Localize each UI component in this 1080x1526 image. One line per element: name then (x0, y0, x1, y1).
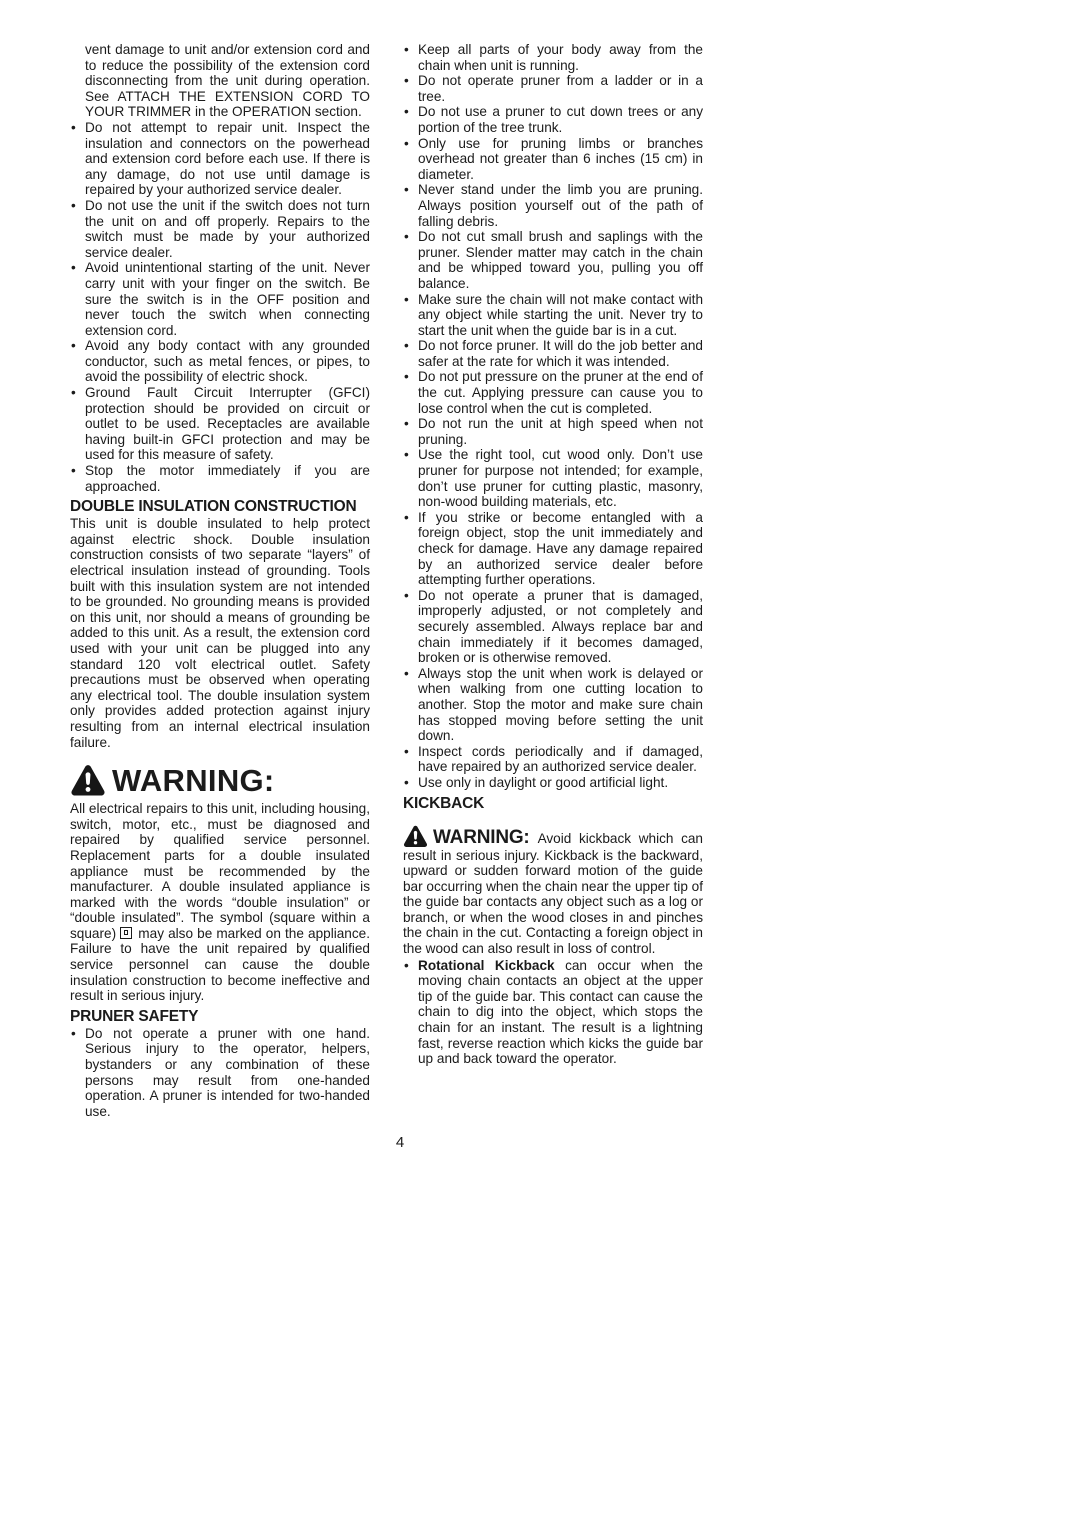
bullet-text: Do not operate a pruner that is damaged,… (418, 588, 703, 665)
list-item: Use only in daylight or good artificial … (403, 775, 703, 791)
list-item: Keep all parts of your body away from th… (403, 42, 703, 73)
bullet-dot-icon (71, 198, 76, 214)
bullet-text: Do not run the unit at high speed when n… (418, 416, 703, 447)
list-item: Always stop the unit when work is delaye… (403, 666, 703, 744)
bullet-dot-icon (404, 588, 409, 604)
bullet-text: Always stop the unit when work is delaye… (418, 666, 703, 743)
kickback-bullet-list: Rotational Kickback can occur when the m… (403, 958, 703, 1067)
operating-safety-bullet-list: Keep all parts of your body away from th… (403, 42, 703, 791)
list-item: Do not operate pruner from a ladder or i… (403, 73, 703, 104)
bullet-dot-icon (404, 666, 409, 682)
list-item: Do not use a pruner to cut down trees or… (403, 104, 703, 135)
electrical-safety-bullet-list: Do not attempt to repair unit. Inspect t… (70, 120, 370, 494)
bullet-dot-icon (404, 182, 409, 198)
double-insulation-symbol-icon (120, 927, 132, 939)
warning-heading-block: WARNING: (70, 764, 370, 797)
warning-triangle-icon (403, 825, 428, 848)
list-item: Stop the motor immediately if you are ap… (70, 463, 370, 494)
bullet-dot-icon (404, 104, 409, 120)
inner-square (124, 930, 129, 935)
bullet-text: Rotational Kickback can occur when the m… (418, 958, 703, 1067)
bullet-text: Only use for pruning limbs or branches o… (418, 136, 703, 182)
list-item: Rotational Kickback can occur when the m… (403, 958, 703, 1067)
bullet-dot-icon (404, 73, 409, 89)
list-item: Only use for pruning limbs or branches o… (403, 136, 703, 183)
warning-body-paragraph: All electrical repairs to this unit, inc… (70, 801, 370, 1004)
list-item: Do not use the unit if the switch does n… (70, 198, 370, 260)
bullet-text: Do not operate pruner from a ladder or i… (418, 73, 703, 104)
pruner-safety-heading: PRUNER SAFETY (70, 1007, 370, 1026)
bullet-dot-icon (404, 136, 409, 152)
kickback-heading: KICKBACK (403, 794, 703, 813)
bullet-text: Avoid any body contact with any grounded… (85, 338, 370, 384)
bullet-dot-icon (71, 385, 76, 401)
bullet-dot-icon (71, 338, 76, 354)
list-item: Use the right tool, cut wood only. Don’t… (403, 447, 703, 509)
warning-body-text-1: All electrical repairs to this unit, inc… (70, 801, 370, 941)
list-item: Do not cut small brush and saplings with… (403, 229, 703, 291)
bullet-text: Ground Fault Circuit Interrupter (GFCI) … (85, 385, 370, 462)
intro-continuation-paragraph: vent damage to unit and/or extension cor… (85, 42, 370, 120)
bullet-text: Do not force pruner. It will do the job … (418, 338, 703, 369)
pruner-safety-bullet-list: Do not operate a pruner with one hand. S… (70, 1026, 370, 1120)
bullet-text: Use the right tool, cut wood only. Don’t… (418, 447, 703, 509)
page-number: 4 (70, 1134, 730, 1151)
list-item: Do not run the unit at high speed when n… (403, 416, 703, 447)
bullet-text: Inspect cords periodically and if damage… (418, 744, 703, 775)
list-item: Do not operate a pruner that is damaged,… (403, 588, 703, 666)
list-item: Ground Fault Circuit Interrupter (GFCI) … (70, 385, 370, 463)
bullet-text: Make sure the chain will not make contac… (418, 292, 703, 338)
bullet-dot-icon (404, 416, 409, 432)
bullet-text: Do not put pressure on the pruner at the… (418, 369, 703, 415)
bullet-dot-icon (404, 958, 409, 974)
bullet-text: Do not use a pruner to cut down trees or… (418, 104, 703, 135)
warning-triangle-icon (70, 764, 106, 797)
double-insulation-body: This unit is double insulated to help pr… (70, 516, 370, 750)
right-column: Keep all parts of your body away from th… (403, 42, 703, 1119)
list-item: Inspect cords periodically and if damage… (403, 744, 703, 775)
bullet-dot-icon (404, 744, 409, 760)
left-column: vent damage to unit and/or extension cor… (70, 42, 370, 1119)
bullet-text: If you strike or become entangled with a… (418, 510, 703, 587)
bullet-rest: can occur when the moving chain contacts… (418, 958, 703, 1067)
kickback-warning-paragraph: WARNING:Avoid kickback which can result … (403, 825, 703, 957)
bullet-dot-icon (71, 120, 76, 136)
bullet-text: Do not cut small brush and saplings with… (418, 229, 703, 291)
list-item: Avoid any body contact with any grounded… (70, 338, 370, 385)
list-item: If you strike or become entangled with a… (403, 510, 703, 588)
list-item: Never stand under the limb you are pruni… (403, 182, 703, 229)
manual-page: { "page": { "number": "4" }, "icons": { … (0, 0, 1080, 1526)
bullet-text: Keep all parts of your body away from th… (418, 42, 703, 73)
list-item: Avoid unintentional starting of the unit… (70, 260, 370, 338)
bullet-text: Never stand under the limb you are pruni… (418, 182, 703, 228)
bullet-dot-icon (404, 775, 409, 791)
bullet-text: Stop the motor immediately if you are ap… (85, 463, 370, 494)
bullet-text: Do not operate a pruner with one hand. S… (85, 1026, 370, 1119)
bullet-dot-icon (404, 510, 409, 526)
kickback-warning-text: Avoid kickback which can result in serio… (403, 831, 703, 957)
list-item: Do not force pruner. It will do the job … (403, 338, 703, 369)
list-item: Do not operate a pruner with one hand. S… (70, 1026, 370, 1120)
bullet-text: Do not use the unit if the switch does n… (85, 198, 370, 260)
bullet-text: Use only in daylight or good artificial … (418, 775, 668, 790)
warning-label: WARNING: (433, 827, 530, 848)
document-body: vent damage to unit and/or extension cor… (70, 42, 703, 1119)
bullet-dot-icon (404, 292, 409, 308)
bullet-dot-icon (404, 338, 409, 354)
bullet-dot-icon (404, 447, 409, 463)
list-item: Do not attempt to repair unit. Inspect t… (70, 120, 370, 198)
bullet-dot-icon (404, 369, 409, 385)
bullet-dot-icon (404, 42, 409, 58)
bullet-lead-bold: Rotational Kickback (418, 958, 555, 973)
list-item: Make sure the chain will not make contac… (403, 292, 703, 339)
bullet-dot-icon (404, 229, 409, 245)
bullet-text: Avoid unintentional starting of the unit… (85, 260, 370, 337)
bullet-dot-icon (71, 1026, 76, 1042)
bullet-text: Do not attempt to repair unit. Inspect t… (85, 120, 370, 197)
warning-label: WARNING: (112, 773, 275, 789)
bullet-dot-icon (71, 463, 76, 479)
double-insulation-heading: DOUBLE INSULATION CONSTRUCTION (70, 497, 370, 516)
bullet-dot-icon (71, 260, 76, 276)
list-item: Do not put pressure on the pruner at the… (403, 369, 703, 416)
